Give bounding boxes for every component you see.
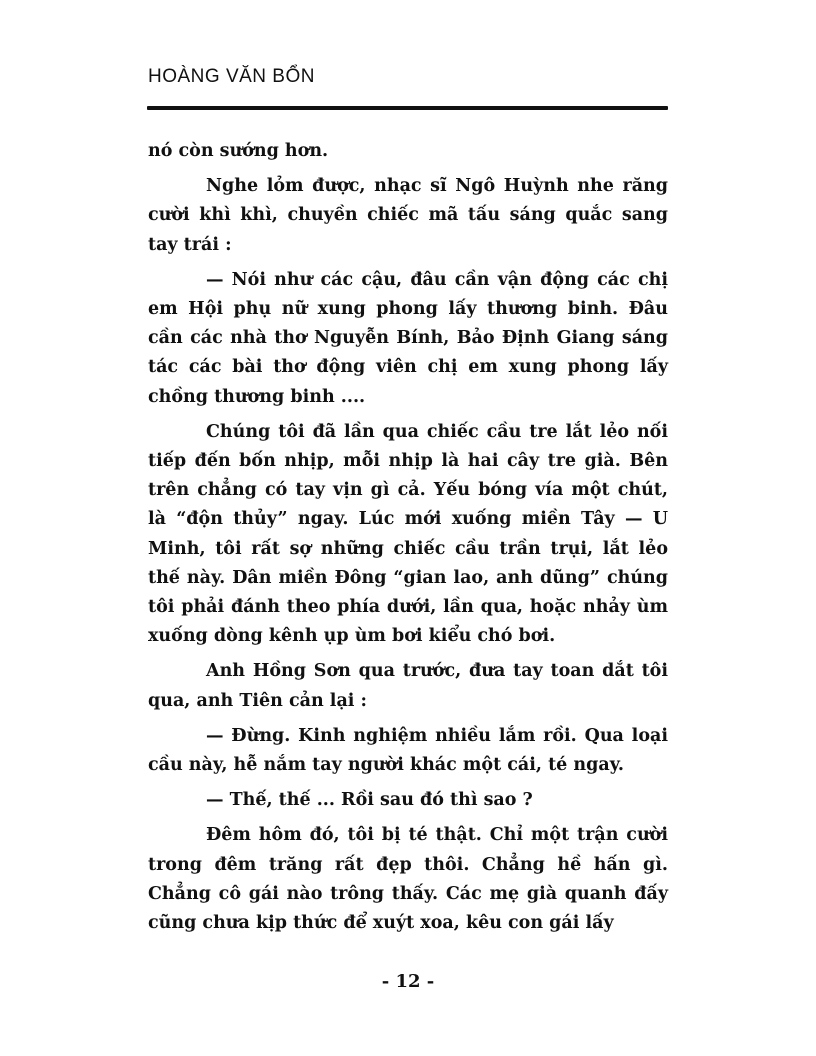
paragraph-continuation: nó còn sướng hơn. bbox=[148, 137, 668, 166]
paragraph-dialogue: — Thế, thế ... Rồi sau đó thì sao ? bbox=[148, 786, 668, 815]
body-text: nó còn sướng hơn. Nghe lỏm được, nhạc sĩ… bbox=[148, 137, 668, 944]
book-page: HOÀNG VĂN BỔN nó còn sướng hơn. Nghe lỏm… bbox=[0, 0, 816, 1056]
paragraph-dialogue: — Đừng. Kinh nghiệm nhiều lắm rồi. Qua l… bbox=[148, 722, 668, 780]
page-number: - 12 - bbox=[0, 971, 816, 992]
paragraph: Đêm hôm đó, tôi bị té thật. Chỉ một trận… bbox=[148, 821, 668, 938]
header-rule-divider bbox=[147, 106, 668, 110]
running-head-author: HOÀNG VĂN BỔN bbox=[148, 66, 315, 88]
paragraph: Anh Hồng Sơn qua trước, đưa tay toan dắt… bbox=[148, 657, 668, 715]
paragraph: Chúng tôi đã lần qua chiếc cầu tre lắt l… bbox=[148, 418, 668, 652]
paragraph: Nghe lỏm được, nhạc sĩ Ngô Huỳnh nhe răn… bbox=[148, 172, 668, 260]
paragraph-dialogue: — Nói như các cậu, đâu cần vận động các … bbox=[148, 266, 668, 412]
